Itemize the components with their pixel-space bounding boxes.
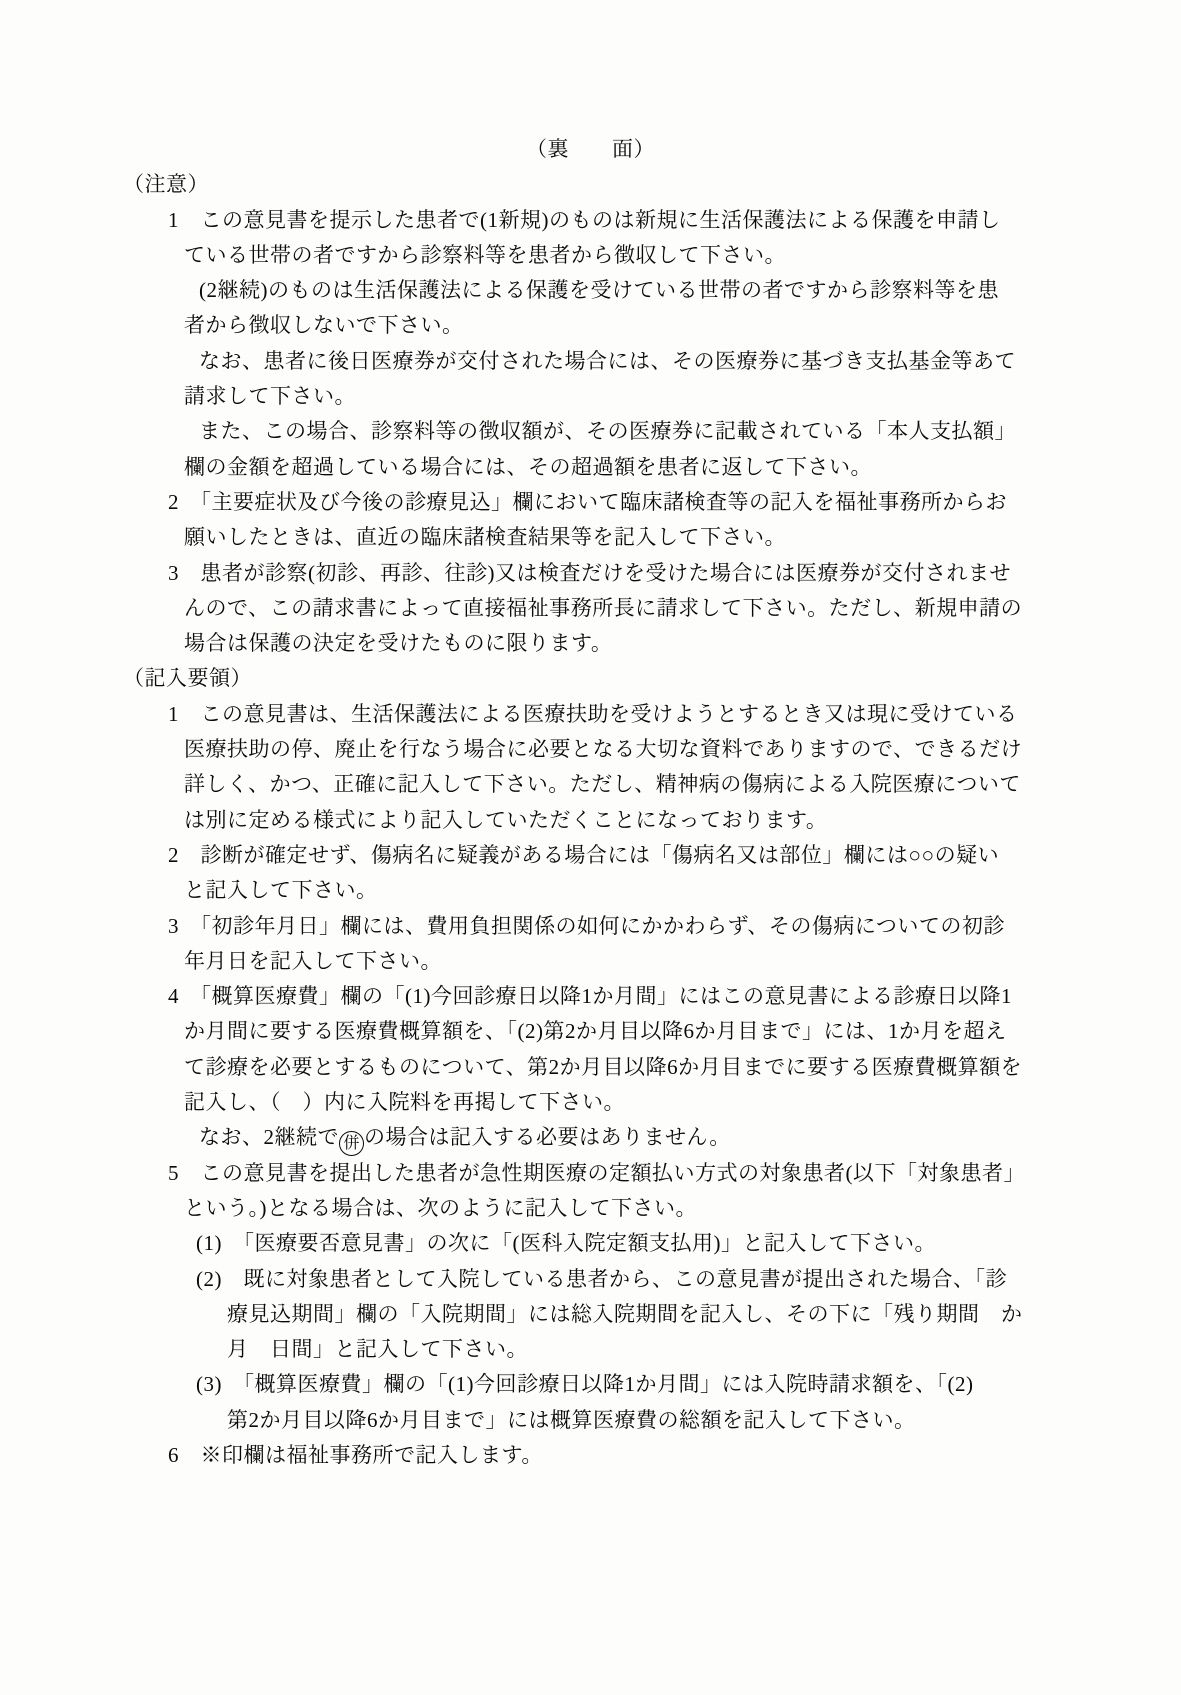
text-line: 5 この意見書を提出した患者が急性期医療の定額払い方式の対象患者(以下「対象患者… [168,1156,1181,1191]
text-line: (1) 「医療要否意見書」の次に「(医科入院定額支払用)」と記入して下さい。 [196,1226,1181,1261]
text-line: て診療を必要とするものについて、第2か月目以降6か月目までに要する医療費概算額を [184,1050,1181,1085]
text-line: 3 「初診年月日」欄には、費用負担関係の如何にかかわらず、その傷病についての初診 [168,909,1181,944]
text-line: 欄の金額を超過している場合には、その超過額を患者に返して下さい。 [184,450,1181,485]
text-line: (3) 「概算医療費」欄の「(1)今回診療日以降1か月間」には入院時請求額を、「… [196,1367,1181,1402]
text-line: 医療扶助の停、廃止を行なう場合に必要となる大切な資料でありますので、できるだけ [184,732,1181,767]
section-header: （注意） [123,167,1181,202]
page-title: （裏 面） [0,132,1181,167]
text-line: と記入して下さい。 [184,873,1181,908]
text-line: 1 この意見書は、生活保護法による医療扶助を受けようとするとき又は現に受けている [168,697,1181,732]
document-body: （注意）1 この意見書を提示した患者で(1新規)のものは新規に生活保護法による保… [0,167,1181,1473]
text-segment: の場合は記入する必要はありません。 [364,1125,731,1149]
text-line: 願いしたときは、直近の臨床諸検査結果等を記入して下さい。 [184,520,1181,555]
text-line: なお、患者に後日医療券が交付された場合には、その医療券に基づき支払基金等あて [199,344,1181,379]
text-line: か月間に要する医療費概算額を、「(2)第2か月目以降6か月目まで」には、1か月を… [184,1014,1181,1049]
text-line: 1 この意見書を提示した患者で(1新規)のものは新規に生活保護法による保護を申請… [168,203,1181,238]
text-segment: なお、2継続で [199,1125,339,1149]
text-line: 場合は保護の決定を受けたものに限ります。 [184,626,1181,661]
circled-hei-mark: 併 [339,1131,364,1156]
text-line: (2継続)のものは生活保護法による保護を受けている世帯の者ですから診察料等を患 [199,273,1181,308]
text-line: 詳しく、かつ、正確に記入して下さい。ただし、精神病の傷病による入院医療について [184,767,1181,802]
text-line: 2 診断が確定せず、傷病名に疑義がある場合には「傷病名又は部位」欄には○○の疑い [168,838,1181,873]
text-line: という。)となる場合は、次のように記入して下さい。 [184,1191,1181,1226]
text-line: ている世帯の者ですから診察料等を患者から徴収して下さい。 [184,238,1181,273]
section-header: （記入要領） [123,661,1181,696]
text-line: 療見込期間」欄の「入院期間」には総入院期間を記入し、その下に「残り期間 か [227,1297,1181,1332]
document-page: （裏 面） （注意）1 この意見書を提示した患者で(1新規)のものは新規に生活保… [0,0,1181,1695]
text-line: 請求して下さい。 [184,379,1181,414]
text-line: は別に定める様式により記入していただくことになっております。 [184,803,1181,838]
text-line: 2 「主要症状及び今後の診療見込」欄において臨床諸検査等の記入を福祉事務所からお [168,485,1181,520]
text-line: 3 患者が診察(初診、再診、往診)又は検査だけを受けた場合には医療券が交付されま… [168,556,1181,591]
text-line: (2) 既に対象患者として入院している患者から、この意見書が提出された場合、「診 [196,1262,1181,1297]
text-line: んので、この請求書によって直接福祉事務所長に請求して下さい。ただし、新規申請の [184,591,1181,626]
text-line: 6 ※印欄は福祉事務所で記入します。 [168,1438,1181,1473]
text-line: 記入し、（ ）内に入院料を再掲して下さい。 [184,1085,1181,1120]
text-line: 者から徴収しないで下さい。 [184,308,1181,343]
text-line: また、この場合、診察料等の徴収額が、その医療券に記載されている「本人支払額」 [199,414,1181,449]
text-line: 月 日間」と記入して下さい。 [227,1332,1181,1367]
text-line: 第2か月目以降6か月目まで」には概算医療費の総額を記入して下さい。 [227,1403,1181,1438]
text-line: 年月日を記入して下さい。 [184,944,1181,979]
text-line: なお、2継続で併の場合は記入する必要はありません。 [199,1120,1181,1155]
text-line: 4 「概算医療費」欄の「(1)今回診療日以降1か月間」にはこの意見書による診療日… [168,979,1181,1014]
